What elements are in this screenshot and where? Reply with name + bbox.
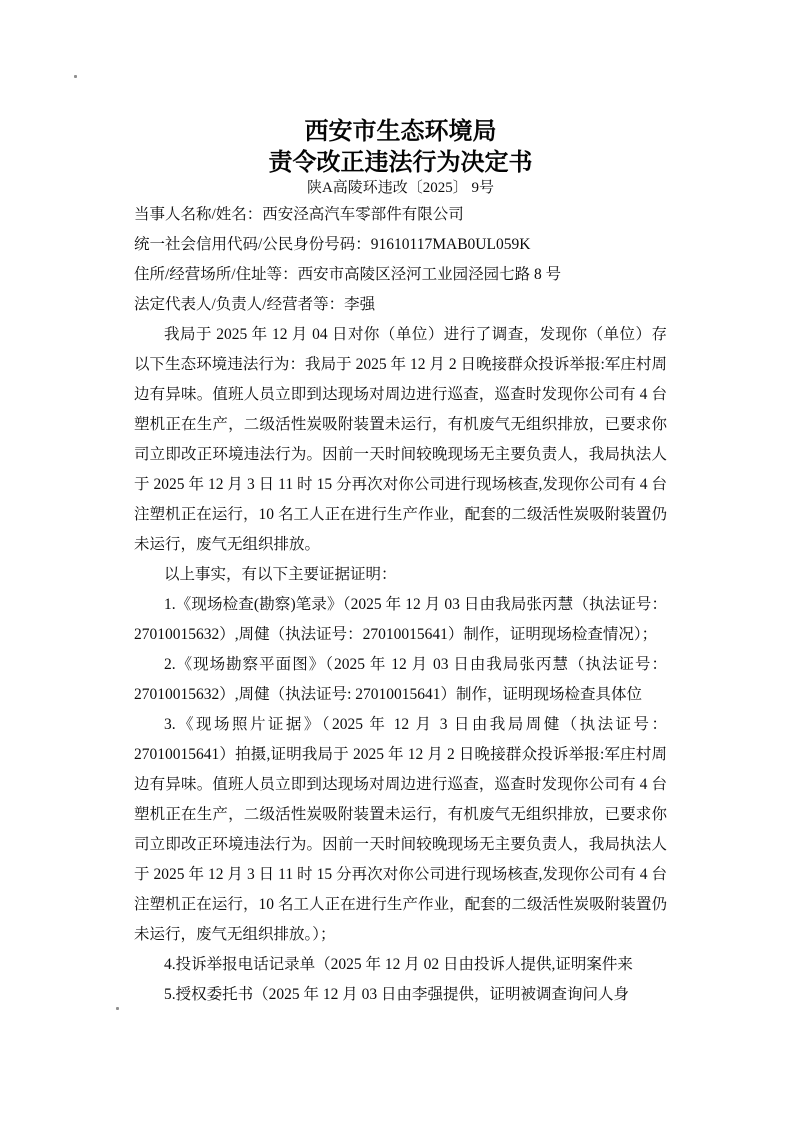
text-line: 注塑机正在运行，10 名工人正在进行生产作业，配套的二级活性炭吸附装置仍 [134,500,667,530]
text-line: 当事人名称/姓名：西安泾高汽车零部件有限公司 [134,200,667,230]
text-line: 司立即改正环境违法行为。因前一天时间较晚现场无主要负责人，我局执法人员 [134,440,667,470]
text-line: 注塑机正在运行，10 名工人正在进行生产作业，配套的二级活性炭吸附装置仍 [134,890,667,920]
text-line: 以下生态环境违法行为：我局于 2025 年 12 月 2 日晚接群众投诉举报:军… [134,350,667,380]
text-line: 法定代表人/负责人/经营者等：李强 [134,290,667,320]
text-line: 以上事实，有以下主要证据证明： [134,560,667,590]
text-line: 2.《现场勘察平面图》（2025 年 12 月 03 日由我局张丙慧（执法证号： [134,650,667,680]
text-line: 我局于 2025 年 12 月 04 日对你（单位）进行了调查，发现你（单位）存… [134,320,667,350]
text-line: 住所/经营场所/住址等：西安市高陵区泾河工业园泾园七路 8 号 [134,260,667,290]
text-line: 司立即改正环境违法行为。因前一天时间较晚现场无主要负责人，我局执法人员 [134,830,667,860]
text-line: 27010015632）,周健（执法证号：27010015641）制作，证明现场… [134,620,667,650]
text-line: 塑机正在生产，二级活性炭吸附装置未运行，有机废气无组织排放，已要求你公 [134,800,667,830]
document-number: 陕A高陵环违改〔2025〕 9号 [134,179,667,198]
document-body-text: 当事人名称/姓名：西安泾高汽车零部件有限公司统一社会信用代码/公民身份号码：91… [134,200,667,1010]
official-document-page: 西安市生态环境局 责令改正违法行为决定书 陕A高陵环违改〔2025〕 9号 当事… [0,0,800,1134]
scan-speck [74,75,77,78]
text-line: 27010015632）,周健（执法证号: 27010015641）制作，证明现… [134,680,667,710]
text-line: 4.投诉举报电话记录单（2025 年 12 月 02 日由投诉人提供,证明案件来… [134,950,667,980]
text-line: 5.授权委托书（2025 年 12 月 03 日由李强提供，证明被调查询问人身份… [134,980,667,1010]
text-line: 3.《现场照片证据》（2025 年 12 月 3 日由我局周健（执法证号： [134,710,667,740]
scan-speck [116,1007,119,1010]
text-line: 未运行，废气无组织排放。 [134,530,667,560]
text-line: 塑机正在生产，二级活性炭吸附装置未运行，有机废气无组织排放，已要求你公 [134,410,667,440]
text-line: 边有异味。值班人员立即到达现场对周边进行巡查，巡查时发现你公司有 4 台注 [134,380,667,410]
document-title-line2: 责令改正违法行为决定书 [134,147,667,178]
text-line: 边有异味。值班人员立即到达现场对周边进行巡查，巡查时发现你公司有 4 台注 [134,770,667,800]
text-line: 27010015641）拍摄,证明我局于 2025 年 12 月 2 日晚接群众… [134,740,667,770]
text-line: 1.《现场检查(勘察)笔录》（2025 年 12 月 03 日由我局张丙慧（执法… [134,590,667,620]
document-title-line1: 西安市生态环境局 [134,116,667,147]
text-line: 未运行，废气无组织排放。）； [134,920,667,950]
text-line: 于 2025 年 12 月 3 日 11 时 15 分再次对你公司进行现场核查,… [134,470,667,500]
text-line: 统一社会信用代码/公民身份号码：91610117MAB0UL059K [134,230,667,260]
text-line: 于 2025 年 12 月 3 日 11 时 15 分再次对你公司进行现场核查,… [134,860,667,890]
